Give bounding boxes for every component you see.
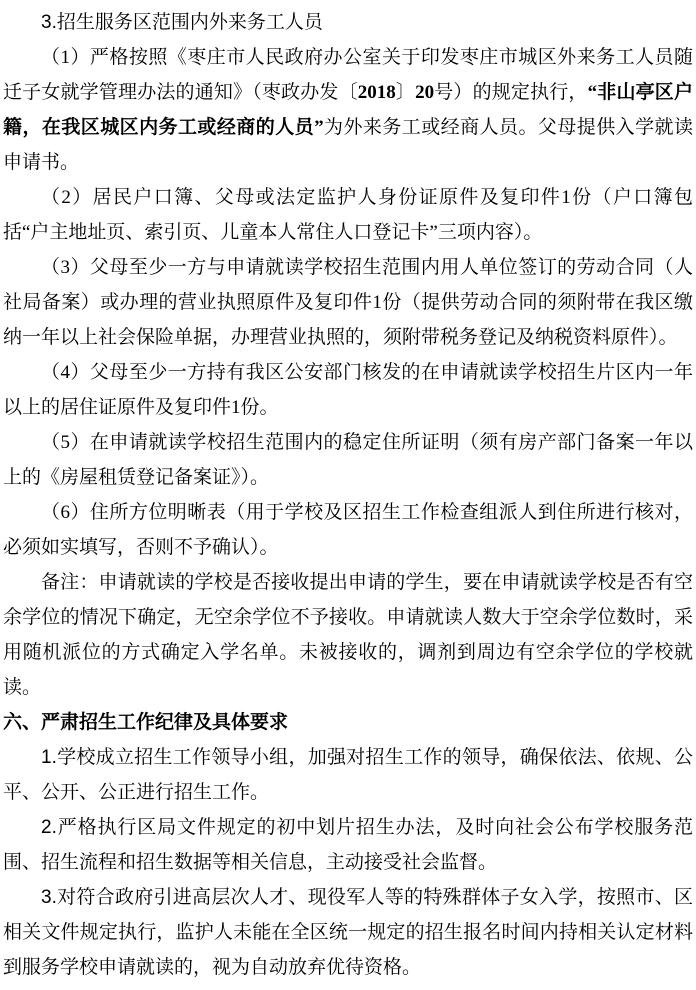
text-run: 3.招生服务区范围内外来务工人员 (41, 12, 323, 33)
text-run: （2）居民户口簿、父母或法定监护人身份证原件及复印件1份（户口簿包括“户主地址页… (3, 187, 693, 243)
section6-heading: 六、严肃招生工作纪律及具体要求 (3, 705, 693, 740)
item-6-paragraph: （6）住所方位明晰表（用于学校及区招生工作检查组派人到住所进行核对，必须如实填写… (3, 495, 693, 565)
discipline-item-3-paragraph: 3.对符合政府引进高层次人才、现役军人等的特殊群体子女入学，按照市、区相关文件规… (3, 880, 693, 985)
text-run: （4）父母至少一方持有我区公安部门核发的在申请就读学校招生片区内一年以上的居住证… (3, 362, 693, 418)
text-run: （3）父母至少一方与申请就读学校招生范围内用人单位签订的劳动合同（人社局备案）或… (3, 257, 693, 348)
item-4-paragraph: （4）父母至少一方持有我区公安部门核发的在申请就读学校招生片区内一年以上的居住证… (3, 355, 693, 425)
item-3-paragraph: （3）父母至少一方与申请就读学校招生范围内用人单位签订的劳动合同（人社局备案）或… (3, 250, 693, 355)
discipline-item-2-paragraph: 2.严格执行区局文件规定的初中划片招生办法，及时向社会公布学校服务范围、招生流程… (3, 810, 693, 880)
document-body: 3.招生服务区范围内外来务工人员（1）严格按照《枣庄市人民政府办公室关于印发枣庄… (3, 5, 693, 985)
text-run: （5）在申请就读学校招生范围内的稳定住所证明（须有房产部门备案一年以上的《房屋租… (3, 432, 693, 488)
note-paragraph: 备注：申请就读的学校是否接收提出申请的学生，要在申请就读学校是否有空余学位的情况… (3, 565, 693, 705)
item-1-paragraph: （1）严格按照《枣庄市人民政府办公室关于印发枣庄市城区外来务工人员随迁子女就学管… (3, 40, 693, 180)
text-run: 2.严格执行区局文件规定的初中划片招生办法，及时向社会公布学校服务范围、招生流程… (3, 817, 693, 873)
text-run: 〕 (396, 82, 415, 103)
text-run: 号）的规定执行， (434, 82, 588, 103)
discipline-item-1-paragraph: 1.学校成立招生工作领导小组，加强对招生工作的领导，确保依法、依规、公平、公开、… (3, 740, 693, 810)
item-2-paragraph: （2）居民户口簿、父母或法定监护人身份证原件及复印件1份（户口簿包括“户主地址页… (3, 180, 693, 250)
section3-heading: 3.招生服务区范围内外来务工人员 (3, 5, 693, 40)
text-run: （6）住所方位明晰表（用于学校及区招生工作检查组派人到住所进行核对，必须如实填写… (3, 502, 693, 558)
text-run: 备注：申请就读的学校是否接收提出申请的学生，要在申请就读学校是否有空余学位的情况… (3, 572, 693, 698)
text-run: 3.对符合政府引进高层次人才、现役军人等的特殊群体子女入学，按照市、区相关文件规… (3, 887, 693, 978)
text-run: 20 (415, 82, 434, 103)
text-run: 六、严肃招生工作纪律及具体要求 (3, 712, 288, 733)
text-run: 1.学校成立招生工作领导小组，加强对招生工作的领导，确保依法、依规、公平、公开、… (3, 747, 693, 803)
document-page: 3.招生服务区范围内外来务工人员（1）严格按照《枣庄市人民政府办公室关于印发枣庄… (0, 0, 696, 990)
item-5-paragraph: （5）在申请就读学校招生范围内的稳定住所证明（须有房产部门备案一年以上的《房屋租… (3, 425, 693, 495)
text-run: 2018 (358, 82, 396, 103)
